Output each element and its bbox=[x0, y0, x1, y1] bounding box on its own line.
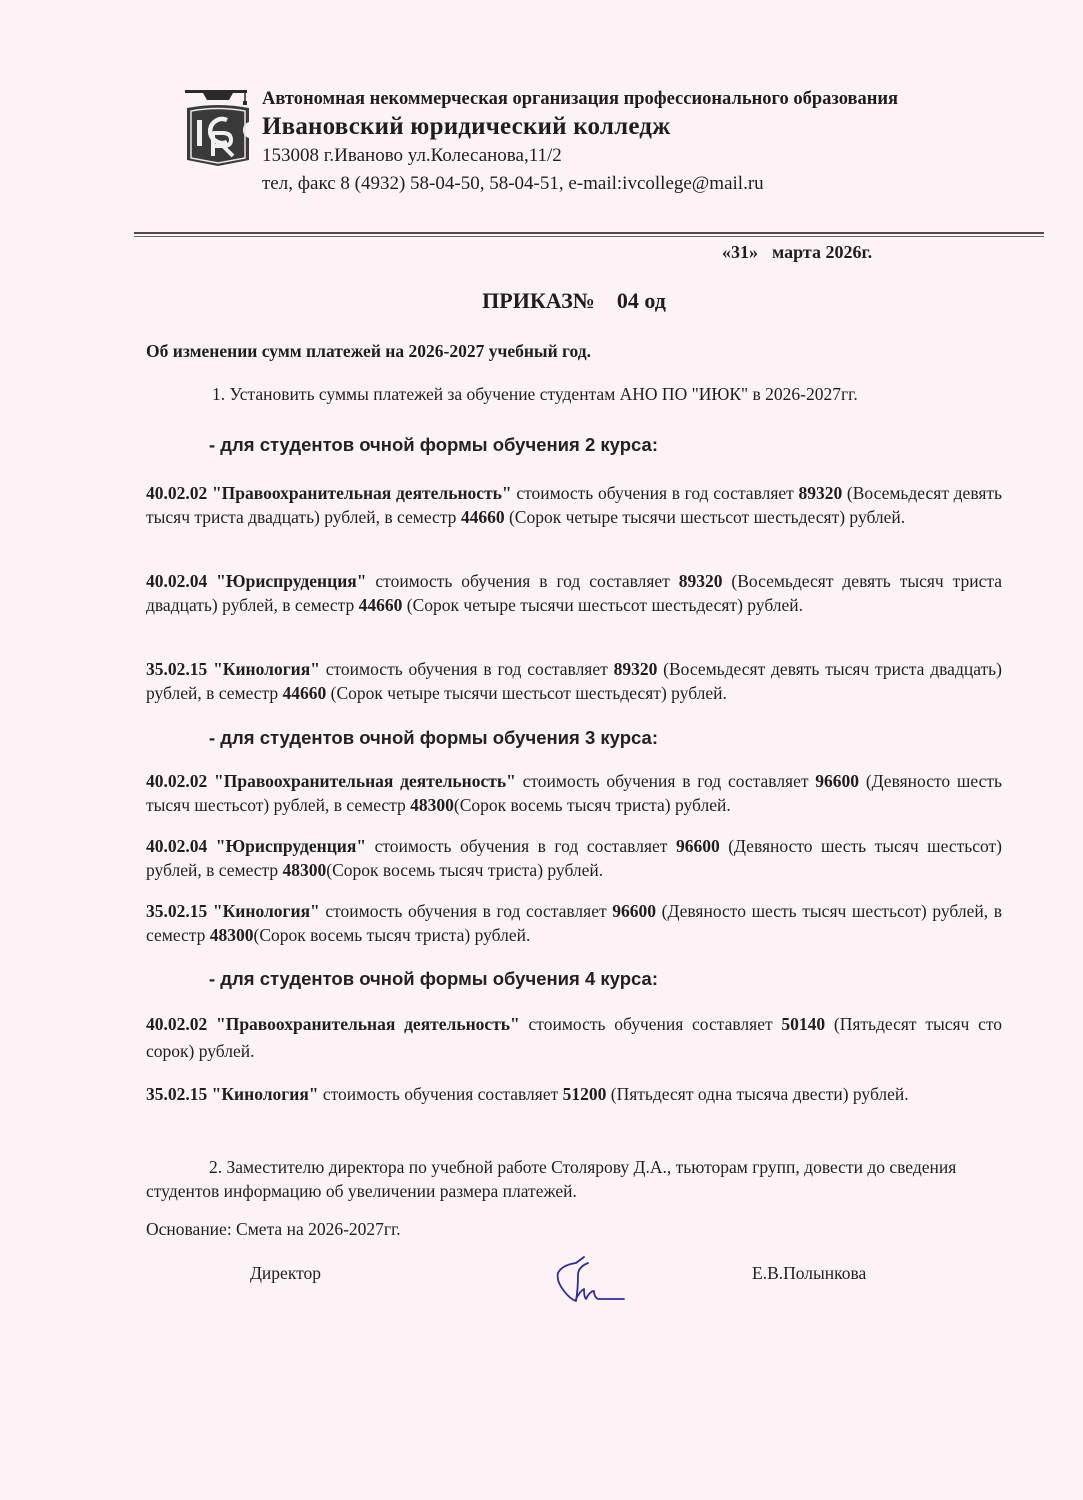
order-item-2: 2. Заместителю директора по учебной рабо… bbox=[146, 1155, 1006, 1203]
order-subject: Об изменении сумм платежей на 2026-2027 … bbox=[146, 341, 591, 362]
program-code: 40.02.04 bbox=[146, 836, 207, 856]
order-basis: Основание: Смета на 2026-2027гг. bbox=[146, 1219, 401, 1240]
program-name: "Юриспруденция" bbox=[216, 571, 366, 591]
total-amount: 51200 bbox=[563, 1084, 607, 1104]
program-paragraph: 40.02.02 "Правоохранительная деятельност… bbox=[146, 481, 1002, 529]
program-name: "Юриспруденция" bbox=[216, 836, 366, 856]
program-code: 35.02.15 bbox=[146, 901, 207, 921]
address: 153008 г.Иваново ул.Колесанова,11/2 bbox=[262, 142, 898, 170]
semester-amount: 44660 bbox=[359, 595, 403, 615]
program-paragraph: 40.02.02 "Правоохранительная деятельност… bbox=[146, 1011, 1002, 1065]
semester-amount: 48300 bbox=[210, 925, 254, 945]
program-paragraph: 35.02.15 "Кинология" стоимость обучения … bbox=[146, 1081, 1002, 1108]
program-paragraph: 40.02.04 "Юриспруденция" стоимость обуче… bbox=[146, 569, 1002, 617]
contacts: тел, факс 8 (4932) 58-04-50, 58-04-51, e… bbox=[262, 170, 898, 198]
order-date: «31»марта 2026г. bbox=[722, 242, 872, 263]
program-code: 40.02.02 bbox=[146, 483, 207, 503]
section-heading-course-3: - для студентов очной формы обучения 3 к… bbox=[209, 727, 658, 749]
total-amount: 50140 bbox=[781, 1014, 825, 1034]
year-amount: 89320 bbox=[798, 483, 842, 503]
signatory-name: Е.В.Полынкова bbox=[752, 1263, 866, 1284]
college-name: Ивановский юридический колледж bbox=[262, 112, 898, 142]
section-heading-course-4: - для студентов очной формы обучения 4 к… bbox=[209, 968, 658, 990]
program-code: 35.02.15 bbox=[146, 1084, 207, 1104]
order-document: Автономная некоммерческая организация пр… bbox=[0, 0, 1083, 1500]
program-paragraph: 35.02.15 "Кинология" стоимость обучения … bbox=[146, 657, 1002, 705]
year-amount: 89320 bbox=[614, 659, 658, 679]
order-number: 04 од bbox=[617, 288, 666, 313]
semester-amount: 44660 bbox=[283, 683, 327, 703]
year-amount: 96600 bbox=[815, 771, 859, 791]
program-paragraph: 35.02.15 "Кинология" стоимость обучения … bbox=[146, 899, 1002, 947]
date-day: «31» bbox=[722, 242, 758, 262]
program-code: 40.02.04 bbox=[146, 571, 207, 591]
section-heading-course-2: - для студентов очной формы обучения 2 к… bbox=[209, 434, 658, 456]
letterhead: Автономная некоммерческая организация пр… bbox=[183, 86, 1043, 206]
program-code: 40.02.02 bbox=[146, 1014, 207, 1034]
organization-type: Автономная некоммерческая организация пр… bbox=[262, 86, 898, 112]
year-amount: 96600 bbox=[612, 901, 656, 921]
year-amount: 89320 bbox=[679, 571, 723, 591]
program-paragraph: 40.02.02 "Правоохранительная деятельност… bbox=[146, 769, 1002, 817]
college-logo-icon bbox=[183, 86, 253, 168]
signatory-position: Директор bbox=[250, 1263, 321, 1284]
handwritten-signature-icon bbox=[548, 1253, 628, 1308]
program-name: "Кинология" bbox=[213, 901, 320, 921]
program-code: 35.02.15 bbox=[146, 659, 207, 679]
order-title: ПРИКАЗ№04 од bbox=[0, 288, 1083, 314]
letterhead-divider bbox=[134, 232, 1044, 237]
program-name: "Кинология" bbox=[213, 659, 320, 679]
semester-amount: 48300 bbox=[410, 795, 454, 815]
semester-amount: 44660 bbox=[461, 507, 505, 527]
semester-amount: 48300 bbox=[283, 860, 327, 880]
program-code: 40.02.02 bbox=[146, 771, 207, 791]
program-name: "Правоохранительная деятельность" bbox=[212, 483, 512, 503]
order-label: ПРИКАЗ№ bbox=[482, 288, 595, 313]
program-paragraph: 40.02.04 "Юриспруденция" стоимость обуче… bbox=[146, 834, 1002, 882]
program-name: "Кинология" bbox=[212, 1084, 319, 1104]
date-month-year: марта 2026г. bbox=[772, 242, 872, 262]
order-item-1: 1. Установить суммы платежей за обучение… bbox=[212, 384, 858, 405]
program-name: "Правоохранительная деятельность" bbox=[214, 771, 516, 791]
year-amount: 96600 bbox=[676, 836, 720, 856]
program-name: "Правоохранительная деятельность" bbox=[216, 1014, 520, 1034]
